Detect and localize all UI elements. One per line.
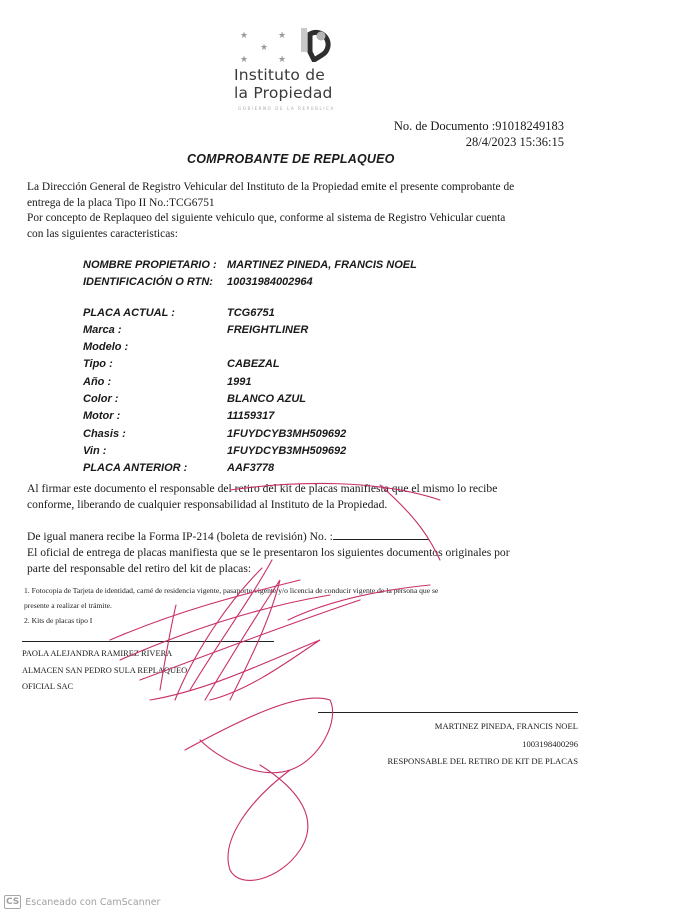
detail-label: Vin :	[83, 445, 106, 457]
detail-value: 1FUYDCYB3MH509692	[227, 428, 346, 440]
detail-value: AAF3778	[227, 462, 274, 474]
document-title: COMPROBANTE DE REPLAQUEO	[187, 152, 395, 166]
detail-value: 1991	[227, 376, 251, 388]
form-line: parte del responsable del retiro del kit…	[27, 561, 567, 577]
detail-label: IDENTIFICACIÓN O RTN:	[83, 276, 213, 288]
recipient-id: 1003198400296	[387, 736, 578, 754]
recipient-name: MARTINEZ PINEDA, FRANCIS NOEL	[387, 718, 578, 736]
form-line: El oficial de entrega de placas manifies…	[27, 545, 567, 561]
detail-label: Chasis :	[83, 428, 126, 440]
detail-label: Color :	[83, 393, 118, 405]
detail-value: CABEZAL	[227, 358, 280, 370]
logo-line2: la Propiedad	[234, 84, 333, 102]
stars-icon: ★★ ★ ★★	[238, 28, 298, 64]
logo-subtitle: GOBIERNO DE LA REPÚBLICA	[238, 106, 335, 111]
list-item: 1. Fotocopia de Tarjeta de identidad, ca…	[24, 583, 564, 598]
intro-line: La Dirección General de Registro Vehicul…	[27, 180, 567, 196]
officer-location: ALMACEN SAN PEDRO SULA REPLAQUEO	[22, 663, 187, 680]
document-datetime: 28/4/2023 15:36:15	[394, 134, 564, 150]
intro-line: Por concepto de Replaqueo del siguiente …	[27, 211, 567, 227]
intro-paragraph: La Dirección General de Registro Vehicul…	[27, 180, 567, 242]
scanner-watermark: CS Escaneado con CamScanner	[4, 895, 160, 909]
location-pin-p-icon	[300, 22, 340, 62]
intro-line: con las siguientes caracteristicas:	[27, 227, 567, 243]
form-paragraph: De igual manera recibe la Forma IP-214 (…	[27, 528, 567, 577]
recipient-role: RESPONSABLE DEL RETIRO DE KIT DE PLACAS	[387, 753, 578, 771]
form-number-blank	[333, 528, 429, 540]
form-number-line: De igual manera recibe la Forma IP-214 (…	[27, 528, 567, 545]
detail-label: PLACA ANTERIOR :	[83, 462, 187, 474]
detail-label: Año :	[83, 376, 111, 388]
intro-line: entrega de la placa Tipo II No.:TCG6751	[27, 196, 567, 212]
officer-signature-block: PAOLA ALEJANDRA RAMIREZ RIVERA ALMACEN S…	[22, 646, 187, 696]
detail-value: MARTINEZ PINEDA, FRANCIS NOEL	[227, 259, 417, 271]
logo-text: Instituto de la Propiedad	[234, 66, 333, 102]
detail-label: Motor :	[83, 410, 120, 422]
officer-name: PAOLA ALEJANDRA RAMIREZ RIVERA	[22, 646, 187, 663]
detail-value: 11159317	[227, 410, 274, 422]
documents-list: 1. Fotocopia de Tarjeta de identidad, ca…	[24, 583, 564, 628]
declaration-line: conforme, liberando de cualquier respons…	[27, 497, 567, 513]
detail-value: TCG6751	[227, 307, 275, 319]
document-header: No. de Documento :91018249183 28/4/2023 …	[394, 118, 564, 150]
officer-role: OFICIAL SAC	[22, 679, 187, 696]
officer-signature-line	[22, 641, 274, 642]
declaration-line: Al firmar este documento el responsable …	[27, 481, 567, 497]
logo-line1: Instituto de	[234, 66, 333, 84]
list-item: presente a realizar el trámite.	[24, 598, 564, 613]
recipient-signature-block: MARTINEZ PINEDA, FRANCIS NOEL 1003198400…	[387, 718, 578, 771]
list-item: 2. Kits de placas tipo I	[24, 613, 564, 628]
recipient-signature-line	[318, 712, 578, 713]
detail-label: Marca :	[83, 324, 122, 336]
declaration-paragraph: Al firmar este documento el responsable …	[27, 481, 567, 513]
form-label: De igual manera recibe la Forma IP-214 (…	[27, 530, 333, 543]
detail-label: PLACA ACTUAL :	[83, 307, 175, 319]
watermark-text: Escaneado con CamScanner	[25, 897, 160, 908]
document-number: No. de Documento :91018249183	[394, 118, 564, 134]
camscanner-logo-icon: CS	[4, 895, 21, 909]
detail-value: FREIGHTLINER	[227, 324, 308, 336]
handwritten-signature	[0, 0, 700, 915]
detail-value: 10031984002964	[227, 276, 313, 288]
detail-value: BLANCO AZUL	[227, 393, 306, 405]
institution-logo: ★★ ★ ★★ Instituto de la Propiedad GOBIER…	[232, 22, 362, 117]
detail-label: Tipo :	[83, 358, 113, 370]
detail-label: NOMBRE PROPIETARIO :	[83, 259, 217, 271]
detail-label: Modelo :	[83, 341, 128, 353]
detail-value: 1FUYDCYB3MH509692	[227, 445, 346, 457]
